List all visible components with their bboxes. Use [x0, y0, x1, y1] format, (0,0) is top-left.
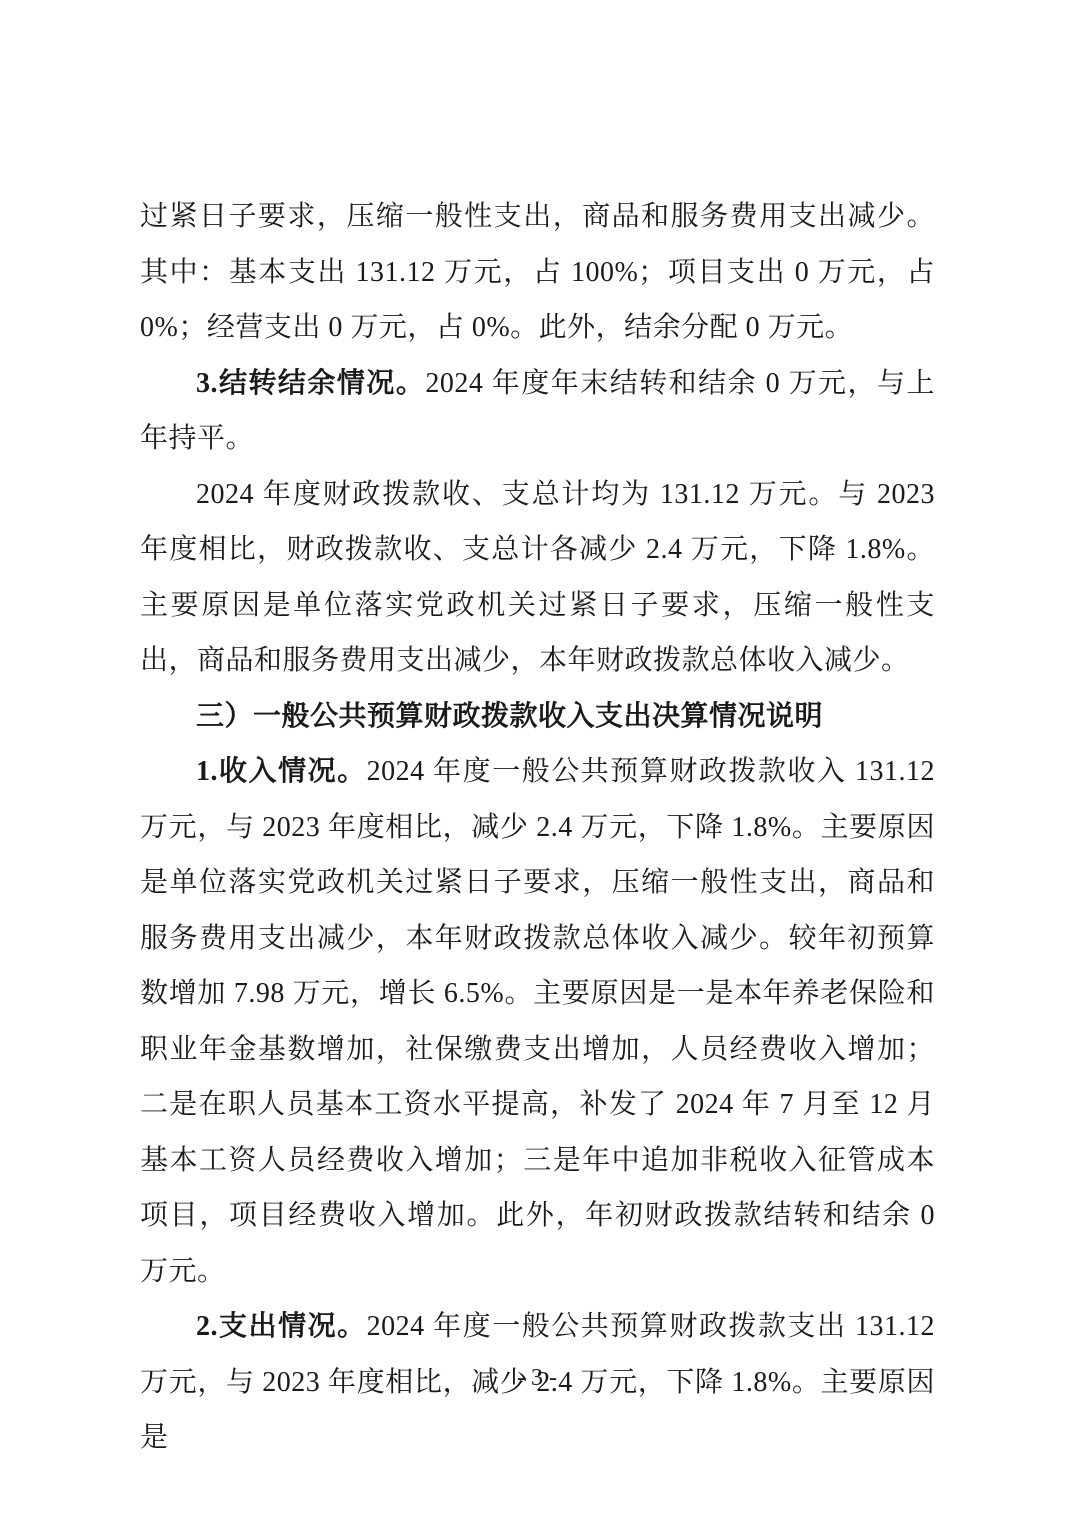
- section-heading-text: 三）一般公共预算财政拨款收入支出决算情况说明: [196, 701, 823, 732]
- section-heading-general-budget: 三）一般公共预算财政拨款收入支出决算情况说明: [140, 689, 935, 745]
- paragraph-carryover-balance: 3.结转结余情况。2024 年度年末结转和结余 0 万元，与上年持平。: [140, 356, 935, 467]
- page-number: - 3 -: [0, 1362, 1074, 1394]
- paragraph-lead-revenue: 1.收入情况。: [196, 756, 367, 787]
- page-number-text: - 3 -: [517, 1365, 557, 1391]
- document-body: 过紧日子要求，压缩一般性支出，商品和服务费用支出减少。其中：基本支出 131.1…: [140, 189, 935, 1466]
- document-page: 过紧日子要求，压缩一般性支出，商品和服务费用支出减少。其中：基本支出 131.1…: [0, 0, 1074, 1520]
- paragraph-revenue-situation: 1.收入情况。2024 年度一般公共预算财政拨款收入 131.12 万元，与 2…: [140, 744, 935, 1299]
- paragraph-text: 2024 年度一般公共预算财政拨款收入 131.12 万元，与 2023 年度相…: [140, 756, 935, 1287]
- paragraph-text: 过紧日子要求，压缩一般性支出，商品和服务费用支出减少。其中：基本支出 131.1…: [140, 201, 935, 343]
- paragraph-total-comparison: 2024 年度财政拨款收、支总计均为 131.12 万元。与 2023 年度相比…: [140, 467, 935, 689]
- paragraph-expenditure-breakdown: 过紧日子要求，压缩一般性支出，商品和服务费用支出减少。其中：基本支出 131.1…: [140, 189, 935, 356]
- paragraph-text: 2024 年度财政拨款收、支总计均为 131.12 万元。与 2023 年度相比…: [140, 479, 935, 677]
- paragraph-lead-expenditure: 2.支出情况。: [196, 1311, 367, 1342]
- paragraph-lead-carryover: 3.结转结余情况。: [196, 368, 425, 399]
